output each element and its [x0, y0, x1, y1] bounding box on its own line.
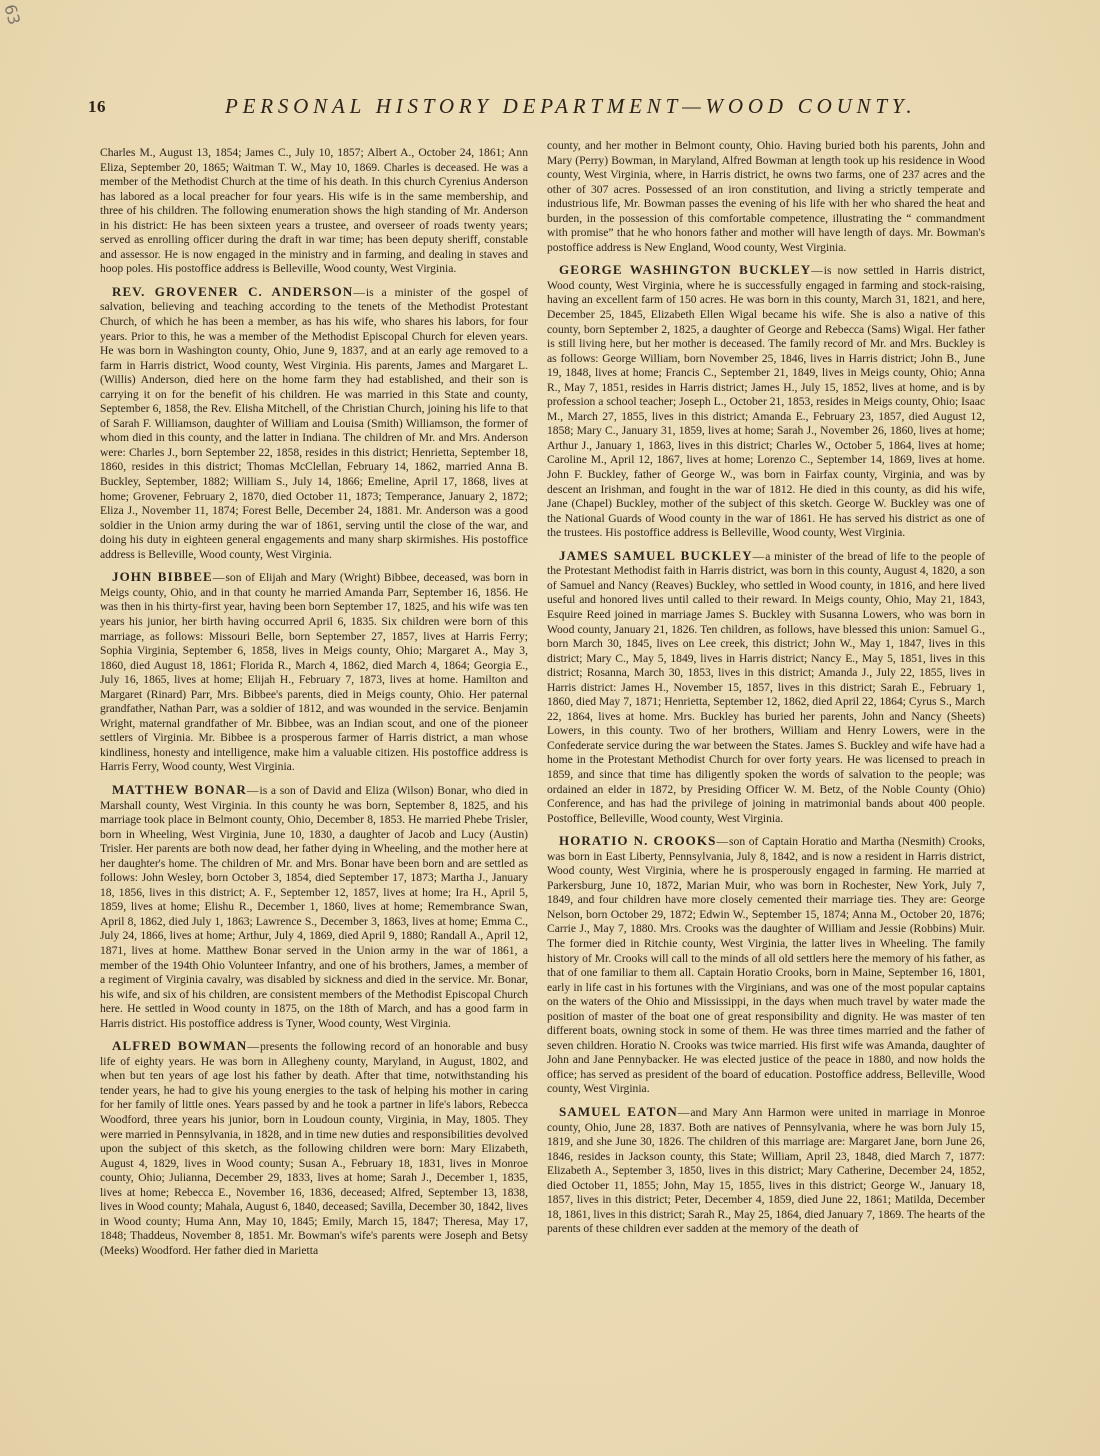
biography-entry: REV. GROVENER C. ANDERSON—is a minister … [100, 285, 528, 562]
entry-name: JOHN BIBBEE [112, 569, 213, 584]
right-column: county, and her mother in Belmont county… [547, 139, 985, 1245]
entry-text: is a son of David and Eliza (Wilson) Bon… [100, 784, 528, 1030]
continued-text: county, and her mother in Belmont county… [547, 139, 985, 255]
em-dash: — [716, 835, 728, 848]
entry-name: HORATIO N. CROOKS [559, 833, 716, 848]
entry-text: is now settled in Harris district, Wood … [547, 264, 985, 539]
em-dash: — [247, 1040, 259, 1053]
em-dash: — [753, 550, 765, 563]
em-dash: — [811, 264, 823, 277]
biography-entry: JOHN BIBBEE—son of Elijah and Mary (Wrig… [100, 570, 528, 775]
biography-entry: GEORGE WASHINGTON BUCKLEY—is now settled… [547, 263, 985, 540]
entry-text: son of Elijah and Mary (Wright) Bibbee, … [100, 571, 528, 773]
running-title: PERSONAL HISTORY DEPARTMENT—WOOD COUNTY. [225, 94, 916, 119]
entry-text: son of Captain Horatio and Martha (Nesmi… [547, 835, 985, 1095]
em-dash: — [353, 286, 365, 299]
biography-entry: SAMUEL EATON—and Mary Ann Harmon were un… [547, 1105, 985, 1237]
entry-text: a minister of the bread of life to the p… [547, 550, 985, 825]
page-number: 16 [88, 97, 106, 117]
entry-text: presents the following record of an hono… [100, 1040, 528, 1257]
biography-entry: JAMES SAMUEL BUCKLEY—a minister of the b… [547, 549, 985, 826]
left-column: Charles M., August 13, 1854; James C., J… [100, 146, 528, 1266]
entry-name: JAMES SAMUEL BUCKLEY [559, 548, 753, 563]
biography-entry: HORATIO N. CROOKS—son of Captain Horatio… [547, 834, 985, 1097]
em-dash: — [247, 784, 259, 797]
biography-entry: ALFRED BOWMAN—presents the following rec… [100, 1039, 528, 1258]
entry-text: and Mary Ann Harmon were united in marri… [547, 1106, 985, 1235]
em-dash: — [213, 571, 225, 584]
em-dash: — [678, 1106, 690, 1119]
continued-text: Charles M., August 13, 1854; James C., J… [100, 146, 528, 277]
entry-name: REV. GROVENER C. ANDERSON [112, 284, 353, 299]
margin-pencil-note: 63 [0, 2, 24, 27]
biography-entry: MATTHEW BONAR—is a son of David and Eliz… [100, 783, 528, 1031]
entry-name: ALFRED BOWMAN [112, 1038, 247, 1053]
entry-text: is a minister of the gospel of salvation… [100, 286, 528, 561]
entry-name: SAMUEL EATON [559, 1104, 678, 1119]
entry-name: MATTHEW BONAR [112, 782, 247, 797]
entry-name: GEORGE WASHINGTON BUCKLEY [559, 262, 811, 277]
